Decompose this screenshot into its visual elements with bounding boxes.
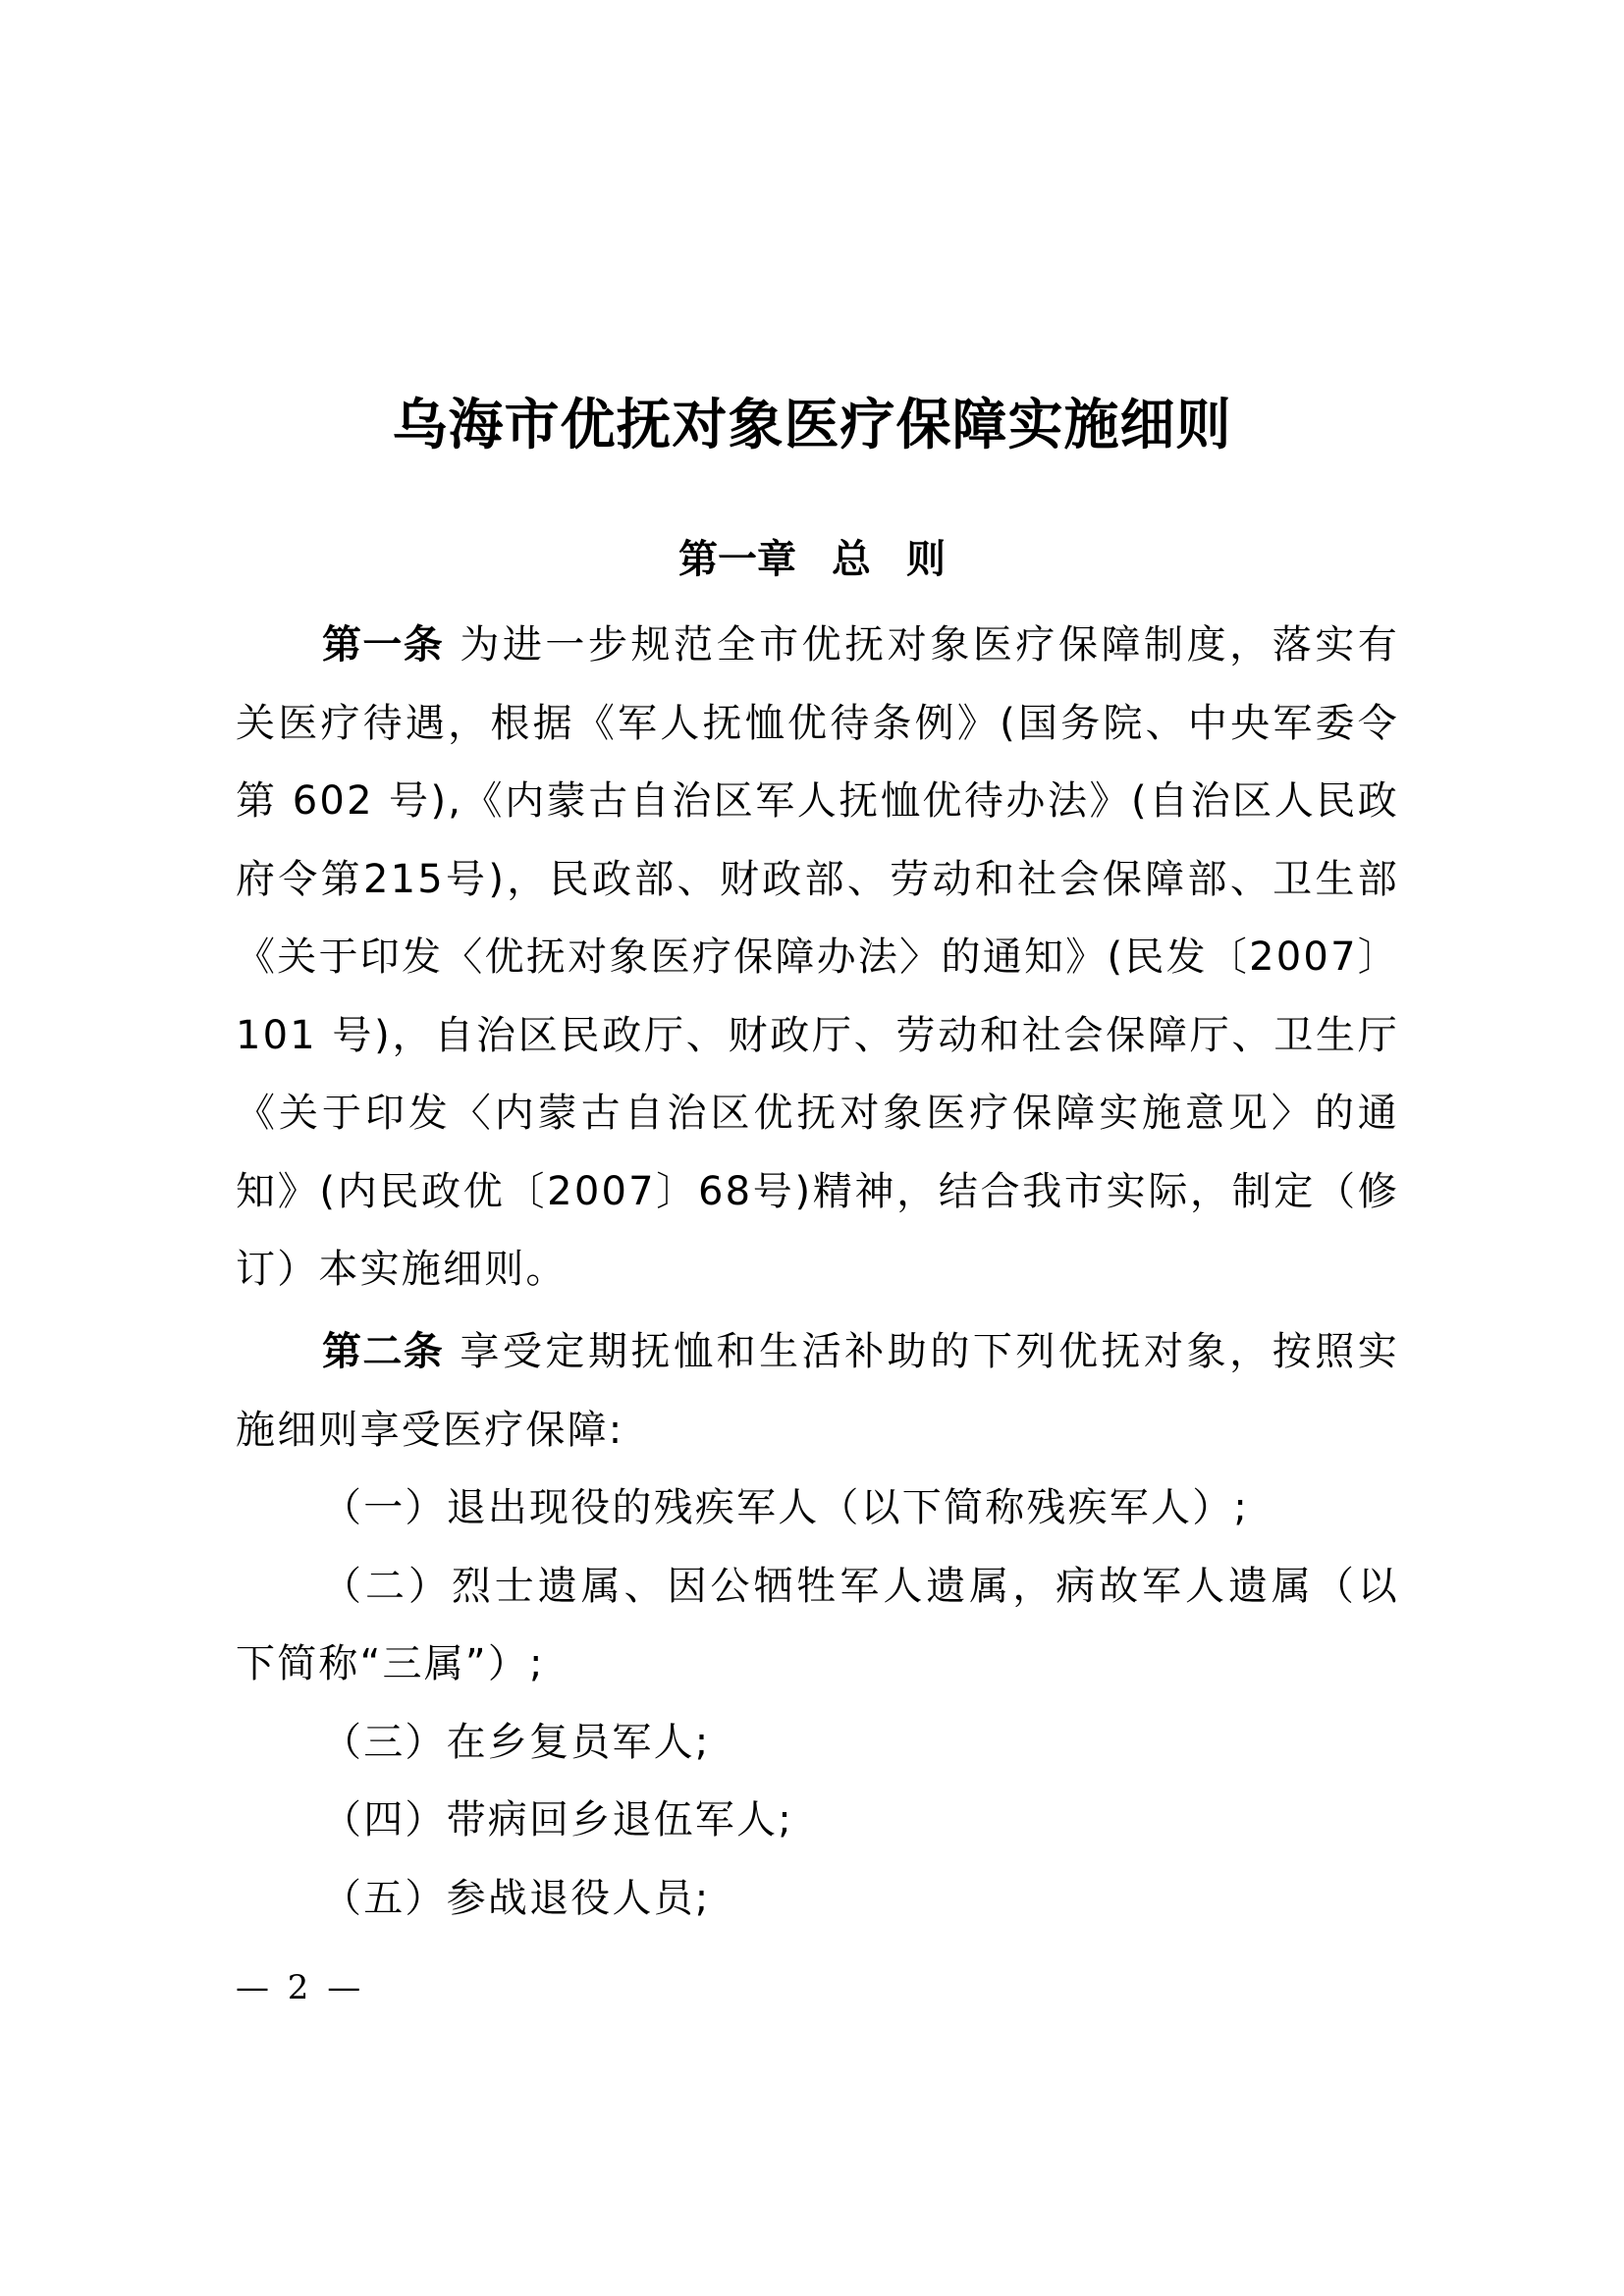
article-2: 第二条 享受定期抚恤和生活补助的下列优抚对象，按照实施细则享受医疗保障: — [236, 1313, 1399, 1469]
list-item: （二）烈士遗属、因公牺牲军人遗属，病故军人遗属（以下简称“三属”）; — [236, 1548, 1399, 1704]
list-item: （五）参战退役人员; — [236, 1860, 1399, 1939]
article-1-paragraph: 第一条 为进一步规范全市优抚对象医疗保障制度，落实有关医疗待遇，根据《军人抚恤优… — [236, 607, 1399, 1309]
chapter-name-part-2: 则 — [906, 537, 946, 582]
chapter-number: 第一章 — [678, 537, 796, 582]
chapter-name-part-1: 总 — [832, 537, 871, 582]
article-1-label: 第一条 — [322, 622, 444, 667]
eligible-recipients-list: （一）退出现役的残疾军人（以下简称残疾军人）; （二）烈士遗属、因公牺牲军人遗属… — [236, 1469, 1399, 1938]
list-item: （四）带病回乡退伍军人; — [236, 1782, 1399, 1860]
page-number: — 2 — — [236, 1963, 364, 2012]
article-1: 第一条 为进一步规范全市优抚对象医疗保障制度，落实有关医疗待遇，根据《军人抚恤优… — [236, 607, 1399, 1309]
list-item: （三）在乡复员军人; — [236, 1704, 1399, 1783]
article-2-label: 第二条 — [322, 1329, 444, 1374]
chapter-heading: 第一章总则 — [0, 530, 1624, 589]
article-2-paragraph: 第二条 享受定期抚恤和生活补助的下列优抚对象，按照实施细则享受医疗保障: — [236, 1313, 1399, 1469]
article-1-text: 为进一步规范全市优抚对象医疗保障制度，落实有关医疗待遇，根据《军人抚恤优待条例》… — [236, 622, 1399, 1292]
document-page: 乌海市优抚对象医疗保障实施细则 第一章总则 第一条 为进一步规范全市优抚对象医疗… — [0, 0, 1624, 2296]
list-item: （一）退出现役的残疾军人（以下简称残疾军人）; — [236, 1469, 1399, 1548]
document-title: 乌海市优抚对象医疗保障实施细则 — [0, 391, 1624, 459]
